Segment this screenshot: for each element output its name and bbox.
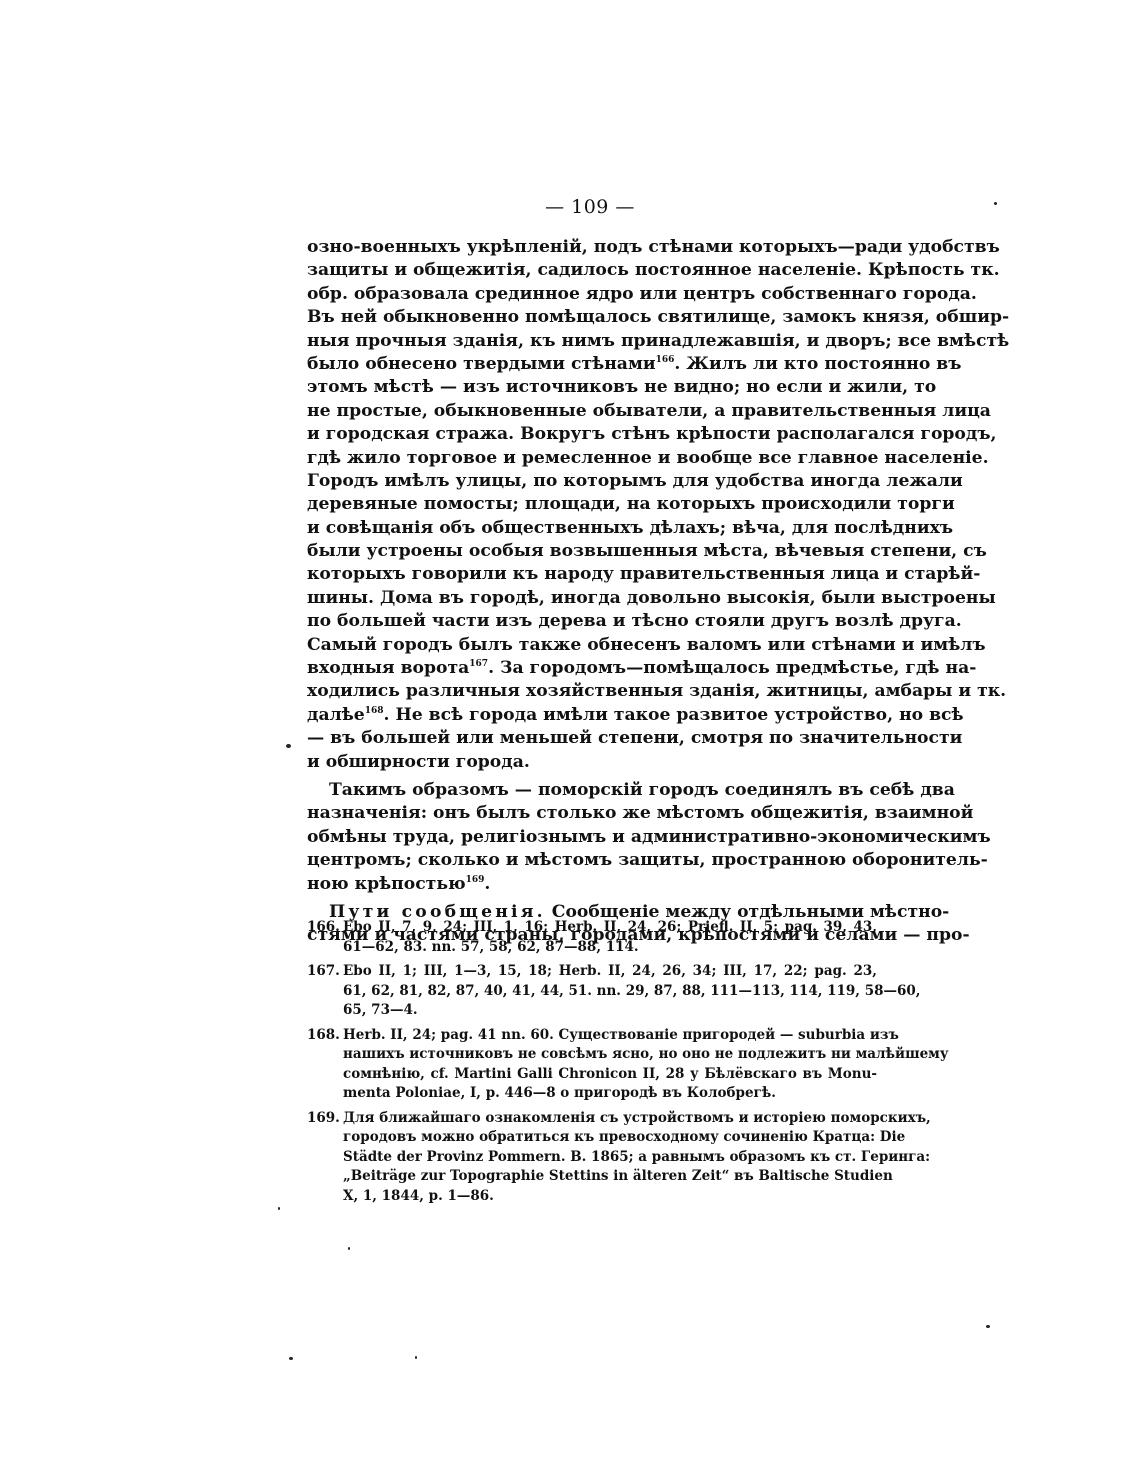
text-line: центромъ; сколько и мѣстомъ защиты, прос… <box>307 849 877 872</box>
scan-speck <box>986 1325 990 1328</box>
scan-speck <box>415 1356 417 1359</box>
text-segment: . Жилъ ли кто постоянно въ <box>674 354 961 374</box>
footnote-167: 167. Ebo II, 1; III, 1—3, 15, 18; Herb. … <box>307 962 877 1021</box>
scan-speck <box>278 1207 280 1210</box>
footnote-number: 166. <box>307 918 340 938</box>
text-line: защиты и общежитія, садилось постоянное … <box>307 259 877 282</box>
footnote-number: 168. <box>307 1026 340 1046</box>
text-line: не простые, обыкновенные обыватели, а пр… <box>307 400 877 423</box>
text-line: Въ ней обыкновенно помѣщалось святилище,… <box>307 306 877 329</box>
footnote-169: 169. Для ближайшаго ознакомленія съ устр… <box>307 1109 877 1207</box>
footnote-number: 169. <box>307 1109 340 1129</box>
footnote-line: сомнѣнію, cf. Martini Galli Chronicon II… <box>343 1065 877 1085</box>
footnotes: 166. Ebo II, 7, 9, 24; III, 1, 16; Herb.… <box>307 918 877 1211</box>
text-line: — въ большей или меньшей степени, смотря… <box>307 727 877 750</box>
text-line: шины. Дома въ городѣ, иногда довольно вы… <box>307 587 877 610</box>
text-line: ныя прочныя зданія, къ нимъ принадлежавш… <box>307 330 877 353</box>
text-line: Городъ имѣлъ улицы, по которымъ для удоб… <box>307 470 877 493</box>
text-line: обр. образовала срединное ядро или центр… <box>307 283 877 306</box>
text-segment: ною крѣпостью <box>307 874 466 894</box>
text-line: входныя ворота167. За городомъ—помѣщалос… <box>307 657 877 680</box>
footnote-line: нашихъ источниковъ не совсѣмъ ясно, но о… <box>343 1045 877 1065</box>
text-line: и совѣщанія объ общественныхъ дѣлахъ; вѣ… <box>307 517 877 540</box>
footnote-ref[interactable]: 167 <box>469 659 488 669</box>
text-line: Самый городъ былъ также обнесенъ валомъ … <box>307 634 877 657</box>
footnote-168: 168. Herb. II, 24; pag. 41 nn. 60. Сущес… <box>307 1026 877 1104</box>
text-line: было обнесено твердыми стѣнами166. Жилъ … <box>307 353 877 376</box>
footnote-line: Ebo II, 7, 9, 24; III, 1, 16; Herb. II, … <box>343 918 877 938</box>
text-line: Такимъ образомъ — поморскій городъ соеди… <box>307 779 877 802</box>
text-line: назначенія: онъ былъ столько же мѣстомъ … <box>307 802 877 825</box>
footnote-ref[interactable]: 169 <box>466 875 485 885</box>
text-segment: . Не всѣ города имѣли такое развитое уст… <box>384 705 964 725</box>
footnote-line: Städte der Provinz Pommern. B. 1865; а р… <box>343 1148 877 1168</box>
footnote-ref[interactable]: 168 <box>365 706 384 716</box>
text-line: и обширности города. <box>307 751 877 774</box>
footnote-line: 61—62, 83. nn. 57, 58, 62, 87—88, 114. <box>343 938 877 958</box>
footnote-line: городовъ можно обратиться къ превосходно… <box>343 1128 877 1148</box>
text-line: озно-военныхъ укрѣпленій, подъ стѣнами к… <box>307 236 877 259</box>
text-segment: было обнесено твердыми стѣнами <box>307 354 656 374</box>
text-line: ходились различныя хозяйственныя зданія,… <box>307 680 877 703</box>
text-line: обмѣны труда, религіознымъ и администрат… <box>307 826 877 849</box>
footnote-number: 167. <box>307 962 340 982</box>
text-segment: далѣе <box>307 705 365 725</box>
text-line: ною крѣпостью169. <box>307 873 877 896</box>
page-number: — 109 — <box>0 196 1140 218</box>
footnote-line: „Beiträge zur Topographie Stettins in äl… <box>343 1167 877 1187</box>
footnote-line: 65, 73—4. <box>343 1001 877 1021</box>
text-segment: входныя ворота <box>307 658 469 678</box>
text-line: которыхъ говорили къ народу правительств… <box>307 563 877 586</box>
text-segment: . <box>484 874 490 894</box>
footnote-ref[interactable]: 166 <box>656 355 675 365</box>
text-line: были устроены особыя возвышенныя мѣста, … <box>307 540 877 563</box>
footnote-line: Ebo II, 1; III, 1—3, 15, 18; Herb. II, 2… <box>343 962 877 982</box>
text-line: по большей части изъ дерева и тѣсно стоя… <box>307 610 877 633</box>
text-line: гдѣ жило торговое и ремесленное и вообще… <box>307 447 877 470</box>
text-line: далѣе168. Не всѣ города имѣли такое разв… <box>307 704 877 727</box>
text-line: этомъ мѣстѣ — изъ источниковъ не видно; … <box>307 376 877 399</box>
paragraph: Такимъ образомъ — поморскій городъ соеди… <box>307 779 877 896</box>
scan-speck <box>286 744 291 748</box>
text-line: деревяные помосты; площади, на которыхъ … <box>307 493 877 516</box>
body-text: озно-военныхъ укрѣпленій, подъ стѣнами к… <box>307 236 877 948</box>
paragraph: озно-военныхъ укрѣпленій, подъ стѣнами к… <box>307 236 877 774</box>
footnote-line: 61, 62, 81, 82, 87, 40, 41, 44, 51. nn. … <box>343 982 877 1002</box>
footnote-166: 166. Ebo II, 7, 9, 24; III, 1, 16; Herb.… <box>307 918 877 957</box>
scan-speck <box>289 1357 293 1360</box>
scan-speck <box>348 1247 350 1250</box>
text-line: и городская стража. Вокругъ стѣнъ крѣпос… <box>307 423 877 446</box>
footnote-line: Herb. II, 24; pag. 41 nn. 60. Существова… <box>343 1026 877 1046</box>
footnote-line: Для ближайшаго ознакомленія съ устройств… <box>343 1109 877 1129</box>
scan-speck <box>994 202 997 205</box>
text-segment: . За городомъ—помѣщалось предмѣстье, гдѣ… <box>488 658 976 678</box>
footnote-line: menta Poloniae, I, p. 446—8 о пригородѣ … <box>343 1084 877 1104</box>
footnote-line: X, 1, 1844, p. 1—86. <box>343 1187 877 1207</box>
